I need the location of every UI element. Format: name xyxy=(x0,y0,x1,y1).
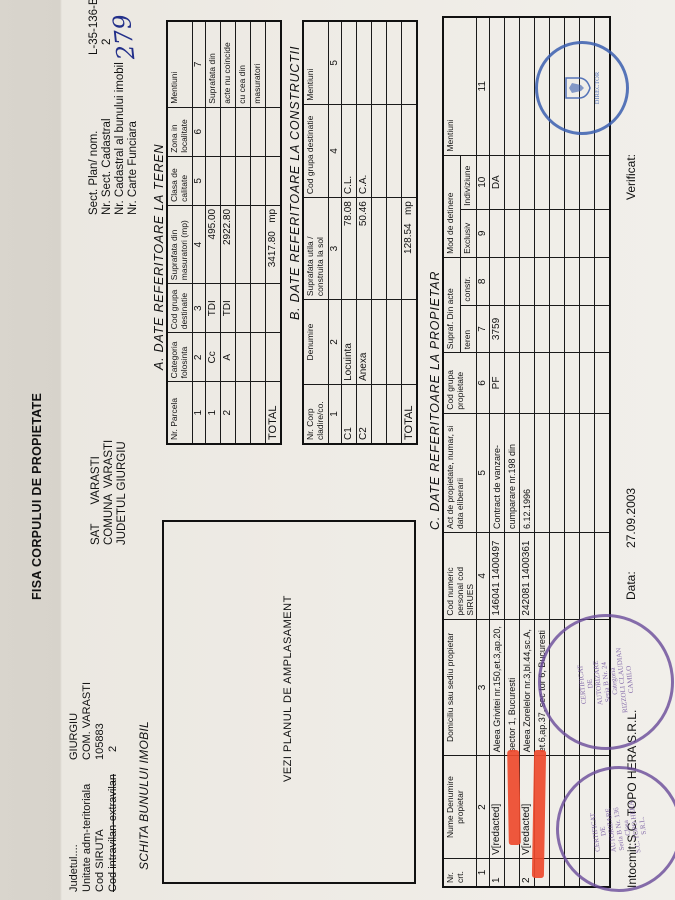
cell-corp: C1 xyxy=(342,384,357,444)
cell-suprafata: 50.46 xyxy=(357,198,372,300)
total-cell: 3417.80 mp xyxy=(266,205,282,283)
label-nr-cadastral: Nr. Cadastral al bunului imobil xyxy=(114,62,127,215)
cell-categoria: A xyxy=(221,333,236,382)
total-label: TOTAL xyxy=(266,382,282,444)
stamp-oficiul-text: DIRECTOR xyxy=(563,72,602,104)
cell-domiciliu: sector 1, Bucuresti xyxy=(505,619,520,756)
footer-data: Data: 27.09.2003 xyxy=(625,488,638,600)
colnum: 1 xyxy=(477,858,490,887)
sketch-box: VEZI PLANUL DE AMPLASAMENT xyxy=(162,520,416,884)
th-zona: Zona in localitate xyxy=(167,107,193,156)
header-center: SAT VARASTI COMUNA VARASTI JUDETUL GIURG… xyxy=(90,440,129,545)
cell-clasa xyxy=(206,156,221,205)
colnum: 8 xyxy=(477,257,490,305)
colnum: 7 xyxy=(193,21,206,107)
cell-zona xyxy=(206,107,221,156)
total-label: TOTAL xyxy=(402,384,418,444)
cell-nr: 1 xyxy=(490,858,505,887)
colnum: 5 xyxy=(477,413,490,532)
th-nr-parcela: Nr. Parcela xyxy=(167,382,193,444)
handwritten-nr-cadastral: 279 xyxy=(110,13,139,61)
th-mentiuni: Mentiuni xyxy=(167,21,193,107)
colnum: 2 xyxy=(193,333,206,382)
colnum: 3 xyxy=(477,619,490,756)
stamp-oficiul-cadastru: DIRECTOR xyxy=(535,41,629,135)
colnum: 7 xyxy=(477,305,490,353)
cell-suprafata: 495.00 xyxy=(206,205,221,283)
redaction-mark-owner-2 xyxy=(532,750,546,878)
stamp-line: DIRECTOR xyxy=(594,72,602,104)
comuna-line: COMUNA VARASTI xyxy=(103,440,116,545)
constructii-colnum-row: 1 2 3 4 5 xyxy=(329,21,342,444)
cell-domiciliu: Aleea Grivitei nr.150,et.3,ap.20, xyxy=(490,619,505,756)
colnum: 1 xyxy=(193,382,206,444)
cell-corp: C2 xyxy=(357,384,372,444)
label-sect-cadastral: Nr. Sect. Cadastral xyxy=(101,62,114,215)
sat-line: SAT VARASTI xyxy=(90,440,103,545)
th-supraf-acte: Supraf. Din acte xyxy=(443,257,460,352)
th-domiciliu: Domiciliu sau sediu propietar xyxy=(443,619,477,756)
cell-teren: 3759 xyxy=(490,305,505,353)
cell-parcela: 2 xyxy=(221,382,236,444)
propietar-table: Nr. crt. Nume Denumire propietar Domicil… xyxy=(442,16,611,888)
th-cod-grupa: Cod grupa destinatie xyxy=(167,284,193,333)
cell-clasa xyxy=(221,156,236,205)
colnum: 6 xyxy=(477,353,490,413)
cell-categoria: Cc xyxy=(206,333,221,382)
cell-domiciliu: Aleea Zorelelor nr.3,bl.44,sc.A, xyxy=(520,619,535,756)
cell-denumire: Anexa xyxy=(357,300,372,385)
label-intravilan: Cod intravilan-extravilan xyxy=(107,774,120,892)
table-row xyxy=(372,21,387,444)
propietar-header-row-1: Nr. crt. Nume Denumire propietar Domicil… xyxy=(443,17,460,887)
total-unit: mp xyxy=(267,209,278,223)
teren-total-row: TOTAL 3417.80 mp xyxy=(266,21,282,444)
constructii-header-row: Nr. Corp cladire/co. Denumire Suprafata … xyxy=(303,21,329,444)
owner-name: V[redacted] xyxy=(491,804,502,855)
value-sect-plan: L-35-136-B-b xyxy=(88,0,101,55)
teren-header-row: Nr. Parcela Categoria folosinta Cod grup… xyxy=(167,21,193,444)
stamp-rizzoli-text: CERTIFICAT DE AUTORIZARE Seria B Nr. 24 … xyxy=(575,647,638,718)
colnum: 4 xyxy=(329,104,342,197)
cell-act: Contract de vanzare- xyxy=(490,413,505,532)
table-row: 1 Cc TDI 495.00 Suprafata din xyxy=(206,21,221,444)
table-row xyxy=(387,21,402,444)
sketch-text: VEZI PLANUL DE AMPLASAMENT xyxy=(282,595,295,782)
cell-cod-grupa: C.L. xyxy=(342,104,357,197)
sketch-title: SCHITA BUNULUI IMOBIL xyxy=(138,721,151,870)
th-mod-detinere: Mod de detinere xyxy=(443,155,460,257)
cell-mentiuni: Suprafata din xyxy=(206,21,221,107)
cell-cnp: 146041 1400497 xyxy=(490,533,505,620)
colnum: 5 xyxy=(329,21,342,104)
th-clasa: Clasa de calitate xyxy=(167,156,193,205)
th-denumire: Denumire xyxy=(303,300,329,385)
th-suprafata: Suprafata din masuratori (mp) xyxy=(167,205,193,283)
table-row xyxy=(580,17,595,887)
cell-cod-grupa: TDI xyxy=(206,284,221,333)
th-cod-grupa-c: Cod grupa propietate xyxy=(443,353,477,413)
colnum: 3 xyxy=(329,198,342,300)
teren-colnum-row: 1 2 3 4 5 6 7 xyxy=(193,21,206,444)
th-suprafata-utila: Suprafata utila / construita la sol xyxy=(303,198,329,300)
th-nr-crt: Nr. crt. xyxy=(443,858,477,887)
constructii-total-row: TOTAL 128.54 mp xyxy=(402,21,418,444)
value-unitate: COM. VARASTI xyxy=(81,682,94,760)
cell-cnp: 242081 1400361 xyxy=(520,533,535,620)
data-value: 27.09.2003 xyxy=(624,488,638,548)
table-row: C1 Locuinta 78.08 C.L. xyxy=(342,21,357,444)
cell-cod-grupa: PF xyxy=(490,353,505,413)
header-right: Sect. Plan/ nom. Nr. Sect. Cadastral Nr.… xyxy=(88,62,140,215)
value-judet: GIURGIU xyxy=(68,682,81,760)
document-sheet: FISA CORPULUI DE PROPIETATE Judetul.... … xyxy=(0,0,675,900)
cell-mentiuni: masuratori xyxy=(251,21,266,107)
table-row: masuratori xyxy=(251,21,266,444)
th-categoria: Categoria folosinta xyxy=(167,333,193,382)
label-unitate: Unitate adm-teritoriala xyxy=(81,774,94,892)
propietar-colnum-row: 1 2 3 4 5 6 7 8 9 10 11 xyxy=(477,17,490,887)
stamp-topo-hera-text: CERTIFICAT DE AUTORIZARE Seria B Nr. 136… xyxy=(588,799,651,859)
label-carte-funciara: Nr. Carte Funciara xyxy=(127,62,140,215)
colnum: 6 xyxy=(193,107,206,156)
table-row xyxy=(565,17,580,887)
th-nr-corp: Nr. Corp cladire/co. xyxy=(303,384,329,444)
cell-parcela: 1 xyxy=(206,382,221,444)
colnum: 2 xyxy=(329,300,342,385)
header-left: Judetul.... Unitate adm-teritoriala Cod … xyxy=(68,774,120,892)
total-cell: 128.54 mp xyxy=(402,198,418,300)
section-a-title: A. DATE REFERITOARE LA TEREN xyxy=(152,144,166,370)
cell-mentiuni xyxy=(357,21,372,104)
cell-zona xyxy=(221,107,236,156)
section-c-title: C. DATE REFERITOARE LA PROPIETAR xyxy=(428,271,442,530)
th-constr: constr. xyxy=(460,257,476,305)
colnum: 9 xyxy=(477,209,490,257)
total-unit: mp xyxy=(403,201,414,215)
cell-act: 6.12.1996 xyxy=(520,413,535,532)
label-judet: Judetul.... xyxy=(68,774,81,892)
th-mentiuni-c: Mentiuni xyxy=(443,17,477,155)
teren-table: Nr. Parcela Categoria folosinta Cod grup… xyxy=(166,20,282,445)
th-teren: teren xyxy=(460,305,476,353)
constructii-table: Nr. Corp cladire/co. Denumire Suprafata … xyxy=(302,20,418,445)
colnum: 4 xyxy=(193,205,206,283)
table-row xyxy=(595,17,611,887)
th-act: Act de propietate, numar, si data eliber… xyxy=(443,413,477,532)
th-indiviziune: Indiviziune xyxy=(460,155,476,209)
header-left-values: GIURGIU COM. VARASTI 105883 2 xyxy=(68,682,120,760)
document-title: FISA CORPULUI DE PROPIETATE xyxy=(30,393,44,600)
cell-suprafata: 2922.80 xyxy=(221,205,236,283)
th-exclusiv: Exclusiv xyxy=(460,209,476,257)
cell-denumire: Locuinta xyxy=(342,300,357,385)
colnum: 10 xyxy=(477,155,490,209)
table-row: cu cea din xyxy=(236,21,251,444)
value-intravilan: 2 xyxy=(107,682,120,760)
cell-indiviziune: DA xyxy=(490,155,505,209)
cell-mentiuni: acte nu coincide xyxy=(221,21,236,107)
total-value: 3417.80 xyxy=(267,231,278,267)
cell-cod-grupa: TDI xyxy=(221,284,236,333)
colnum: 3 xyxy=(193,284,206,333)
table-row: 2 A TDI 2922.80 acte nu coincide xyxy=(221,21,236,444)
cell-suprafata: 78.08 xyxy=(342,198,357,300)
colnum: 2 xyxy=(477,756,490,859)
cell-cod-grupa: C.A. xyxy=(357,104,372,197)
table-row xyxy=(550,17,565,887)
cell-mentiuni: cu cea din xyxy=(236,21,251,107)
colnum: 4 xyxy=(477,533,490,620)
table-row: 1 V[redacted] Aleea Grivitei nr.150,et.3… xyxy=(490,17,505,887)
redaction-mark-owner-1 xyxy=(507,750,521,845)
label-siruta: Cod SIRUTA xyxy=(94,774,107,892)
cell-act: cumparare nr.198 din xyxy=(505,413,520,532)
coat-of-arms-icon xyxy=(563,75,591,101)
section-b-title: B. DATE REFERITOARE LA CONSTRUCTII xyxy=(288,46,302,320)
table-row: C2 Anexa 50.46 C.A. xyxy=(357,21,372,444)
th-nume: Nume Denumire propietar xyxy=(443,756,477,859)
value-siruta: 105883 xyxy=(94,682,107,760)
th-cod-grupa-b: Cod grupa destinatie xyxy=(303,104,329,197)
th-cnp: Cod numeric personal cod SIRUES xyxy=(443,533,477,620)
th-mentiuni-b: Mentiuni xyxy=(303,21,329,104)
total-value: 128.54 xyxy=(403,223,414,254)
judetul-line: JUDETUL GIURGIU xyxy=(116,440,129,545)
colnum: 5 xyxy=(193,156,206,205)
data-label: Data: xyxy=(624,571,638,600)
verificat-label: Verificat: xyxy=(625,154,638,200)
cell-nume: V[redacted] xyxy=(490,756,505,859)
label-sect-plan: Sect. Plan/ nom. xyxy=(88,62,101,215)
colnum: 11 xyxy=(477,17,490,155)
table-row: 2 V[redacted] Aleea Zorelelor nr.3,bl.44… xyxy=(520,17,535,887)
cell-mentiuni xyxy=(342,21,357,104)
colnum: 1 xyxy=(329,384,342,444)
owner-name: V[redacted] xyxy=(521,804,532,855)
